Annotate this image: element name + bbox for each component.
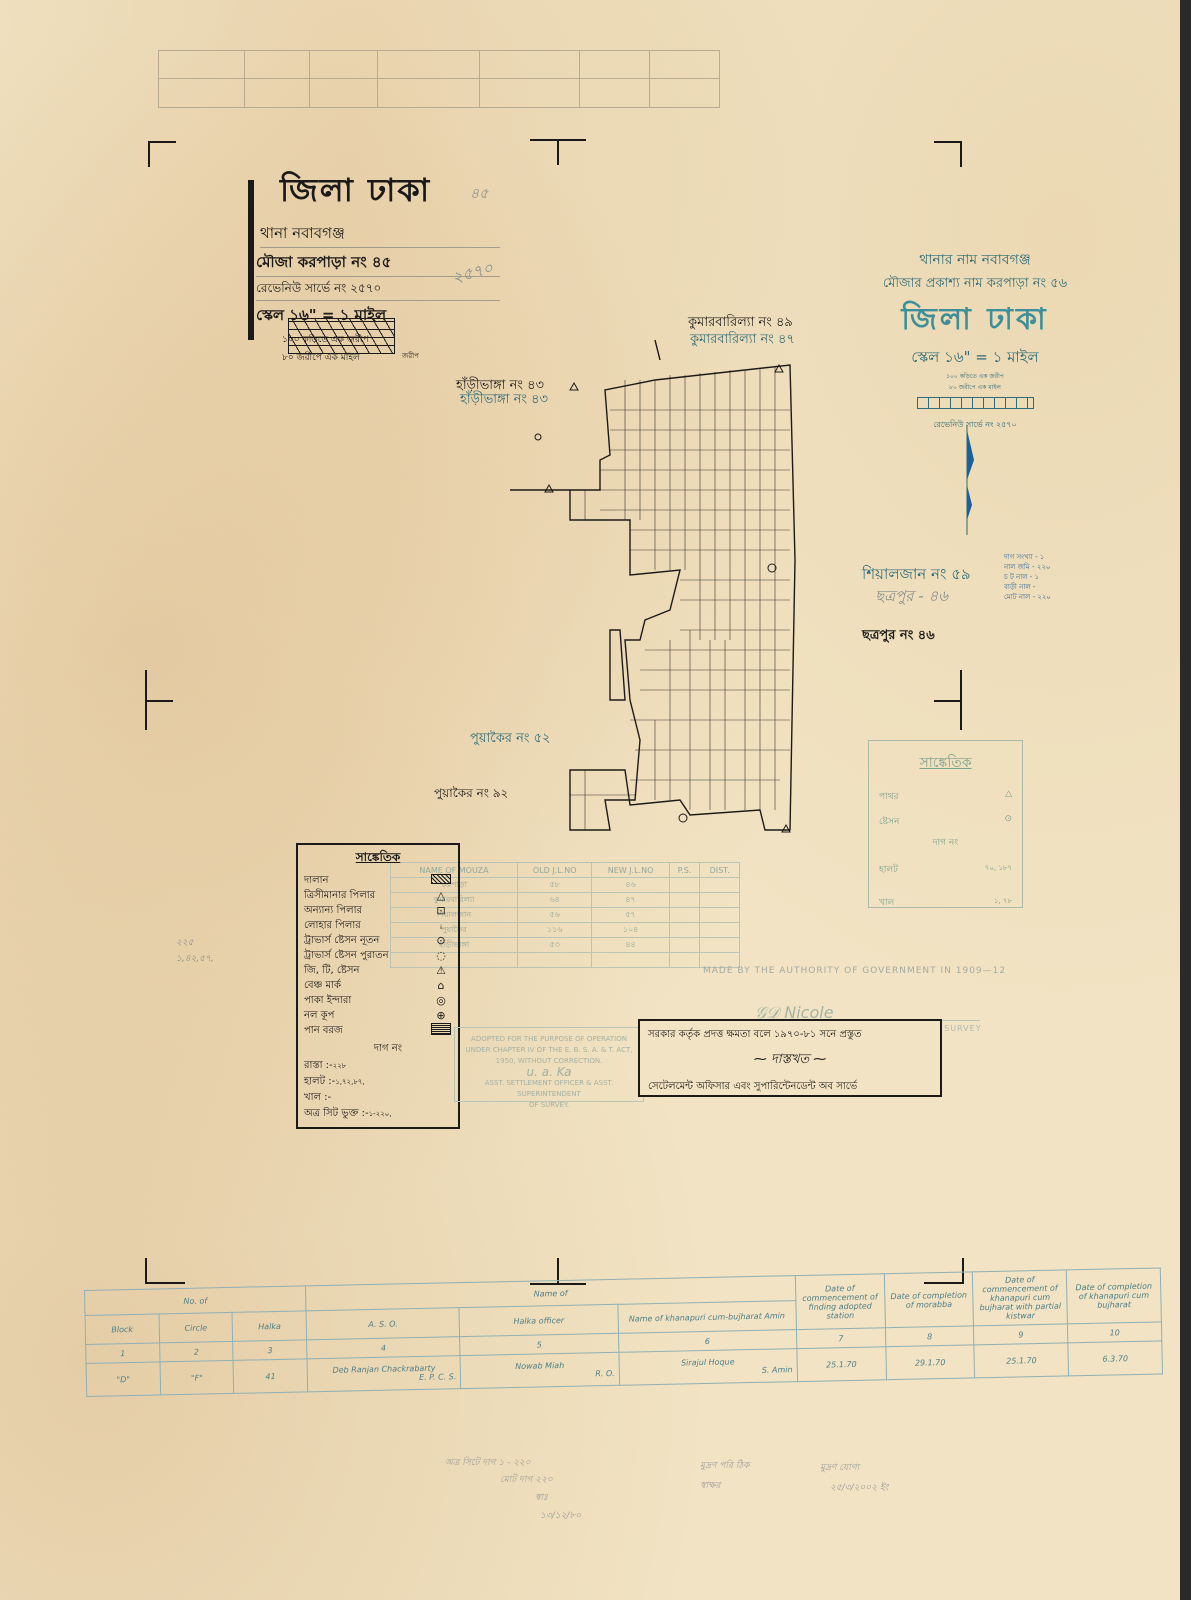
cell xyxy=(669,923,699,938)
legend-item: দালান xyxy=(304,873,452,888)
side-note: দাগ সংখ্যা - ১ নাল জমি - ২২০ চ ট নাল - ১… xyxy=(1004,552,1051,602)
col-num: 3 xyxy=(233,1340,307,1361)
pencil-note-bottom: মোট দাগ ২২০ xyxy=(500,1472,553,1487)
north-arrow-icon xyxy=(966,425,974,535)
plot-number-header: দাগ নং xyxy=(324,1041,452,1058)
plot-value: ১-২২০, xyxy=(369,1110,392,1118)
cell-date: 6.3.70 xyxy=(1068,1341,1162,1376)
adopted-line: ASST. SETTLEMENT OFFICER & ASST. SUPERIN… xyxy=(455,1078,643,1100)
cell xyxy=(669,953,699,968)
legend-label: বেঞ্চ মার্ক xyxy=(304,978,341,993)
cell: ৬৪ xyxy=(518,893,592,908)
cell: ১১৬ xyxy=(518,923,592,938)
legend-label: ত্রিসীমানার পিলার xyxy=(304,888,375,903)
plot-list: রাস্তা :-২২৮ হালট :-১,৭২,৮৭, খাল :- অত্র… xyxy=(304,1058,452,1122)
legend-right-title: সাঙ্কেতিক xyxy=(879,751,1012,775)
legend-label: পাথর xyxy=(879,789,899,804)
legend-label: পান বরজ xyxy=(304,1023,343,1039)
legend-item: ট্রাভার্স ষ্টেসন পুরাতন◌ xyxy=(304,948,452,963)
cell xyxy=(700,923,740,938)
tube-well-icon: ⊕ xyxy=(430,1008,452,1023)
legend-item: ট্রাভার্স ষ্টেসন নূতন⊙ xyxy=(304,933,452,948)
map-sheet: জিলা ঢাকা থানা নবাবগঞ্জ মৌজা করপাড়া নং … xyxy=(0,0,1180,1600)
pencil-note-bottom: ১৩/১২/৮০ xyxy=(540,1508,581,1523)
cell-amin: Sirajul HoqueS. Amin xyxy=(619,1349,798,1386)
col-num: 2 xyxy=(159,1341,233,1362)
cell-block: "D" xyxy=(86,1362,160,1397)
plot-row: অত্র সিট ভুক্ত :-১-২২০, xyxy=(304,1106,452,1122)
plot-row: খাল১, ৭৮ xyxy=(879,895,1012,910)
bench-mark-icon: ⌂ xyxy=(430,978,452,993)
gov-signature: ⁓ দাস্তখত ⁓ xyxy=(648,1050,932,1071)
header-cell: Date of completion of morabba xyxy=(884,1272,974,1328)
plot-label: হালট :- xyxy=(304,1076,335,1087)
cell xyxy=(669,938,699,953)
header-cell: P.S. xyxy=(669,863,699,878)
plot-value: ১,৭২,৮৭, xyxy=(335,1078,364,1086)
cell xyxy=(700,893,740,908)
legend-item: পাথর△ xyxy=(879,789,1012,804)
adjacent-mouza-label: পুয়াকৈর নং ৯২ xyxy=(434,785,508,805)
plot-value: ২২৮ xyxy=(333,1062,347,1070)
legend-item: ত্রিসীমানার পিলার△ xyxy=(304,888,452,903)
header-cell: Date of commencement of khanapuri cum bu… xyxy=(973,1270,1068,1326)
header-cell: A. S. O. xyxy=(306,1308,460,1340)
plot-row: হালট৭০, ১৮৭ xyxy=(879,862,1012,877)
side-note-line: নাল জমি - ২২০ xyxy=(1004,562,1051,572)
cell-date: 29.1.70 xyxy=(885,1345,974,1380)
side-note-line: মোট নাল - ২২০ xyxy=(1004,592,1051,602)
pencil-note-left: ২২৫ xyxy=(176,935,194,950)
legend-item: নল কূপ⊕ xyxy=(304,1008,452,1023)
adjacent-mouza-label: ছত্রপুর - ৪৬ xyxy=(875,585,948,610)
legend-item: পাকা ইন্দারা◎ xyxy=(304,993,452,1008)
col-num: 7 xyxy=(796,1328,885,1349)
legend-right: সাঙ্কেতিক পাথর△ ষ্টেসন⊙ দাগ নং হালট৭০, ১… xyxy=(868,740,1023,908)
cell xyxy=(700,908,740,923)
stone-icon: △ xyxy=(1005,789,1012,804)
cell xyxy=(669,908,699,923)
crop-mark-right-h xyxy=(934,700,962,702)
pencil-note-bottom-right: মুদ্রণ যোগ্য xyxy=(820,1460,859,1475)
cell: ৫৮ xyxy=(518,878,592,893)
plot-row: রাস্তা :-২২৮ xyxy=(304,1058,452,1074)
made-by-authority-text: MADE BY THE AUTHORITY OF GOVERNMENT IN 1… xyxy=(703,966,1006,976)
legend-item: অন্যান্য পিলার⊡ xyxy=(304,903,452,918)
faint-top-grid xyxy=(158,50,720,108)
gt-station-icon: ⚠ xyxy=(430,963,452,978)
legend-item: পান বরজ xyxy=(304,1023,452,1039)
cell xyxy=(592,953,669,968)
cell: ৫৩ xyxy=(518,938,592,953)
header-cell: Block xyxy=(85,1314,159,1345)
cell-circle: "F" xyxy=(160,1360,234,1395)
side-note-line: দাগ সংখ্যা - ১ xyxy=(1004,552,1051,562)
building-hatch-icon xyxy=(430,873,452,888)
legend-item: লোহার পিলারꜟ xyxy=(304,918,452,933)
adopted-stamp: ADOPTED FOR THE PURPOSE OF OPERATION UND… xyxy=(454,1027,644,1102)
header-cell: DIST. xyxy=(700,863,740,878)
pencil-note-bottom: মুদ্রণ পরি ঠিক xyxy=(700,1458,749,1473)
government-prepared-box: সরকার কর্তৃক প্রদত্ত ক্ষমতা বলে ১৯৭০-৮১ … xyxy=(638,1019,942,1097)
adopted-line: OF SURVEY. xyxy=(455,1100,643,1111)
cell-halka: 41 xyxy=(233,1359,307,1394)
pencil-note-bottom: স্বাঃ xyxy=(535,1490,548,1505)
betel-garden-icon xyxy=(430,1023,452,1039)
side-note-line: বাড়ী নাল - xyxy=(1004,582,1051,592)
district-title-right: জিলা ঢাকা xyxy=(840,295,1110,346)
legend-label: ট্রাভার্স ষ্টেসন নূতন xyxy=(304,933,379,948)
cell: ৫৭ xyxy=(592,908,669,923)
survey-record-table: No. of Name of Date of commencement of f… xyxy=(84,1267,1163,1397)
col-num: 1 xyxy=(86,1343,160,1364)
plot-label: রাস্তা :- xyxy=(304,1060,333,1071)
cell xyxy=(518,953,592,968)
legend-label: লোহার পিলার xyxy=(304,918,361,933)
mouza-public-name: মৌজার প্রকাশ্য নাম করপাড়া নং ৫৬ xyxy=(840,274,1110,295)
plot-label: খাল xyxy=(879,895,894,910)
legend-label: জি, টি, ষ্টেসন xyxy=(304,963,359,978)
crop-mark-top-v xyxy=(557,139,559,165)
adopted-signature: u. a. Ka xyxy=(455,1067,643,1078)
header-cell: OLD J.L.NO xyxy=(518,863,592,878)
cell: ৪৭ xyxy=(592,893,669,908)
adopted-line: ADOPTED FOR THE PURPOSE OF OPERATION xyxy=(455,1034,643,1045)
legend-label: অন্যান্য পিলার xyxy=(304,903,362,918)
col-num: 9 xyxy=(974,1324,1068,1345)
legend-title: সাঙ্কেতিক xyxy=(304,849,452,869)
cell-aso: Deb Ranjan ChackrabartyE. P. C. S. xyxy=(307,1356,461,1392)
cell-date: 25.1.70 xyxy=(797,1347,887,1382)
cell xyxy=(669,893,699,908)
scale-note-right-2: ৮০ জরীপে এক মাইল xyxy=(840,382,1110,393)
boundary-pillar-icon: △ xyxy=(430,888,452,903)
legend-label: দালান xyxy=(304,873,328,888)
pencil-note-bottom: স্বাক্ষর xyxy=(700,1478,720,1493)
legend-left: সাঙ্কেতিক দালান ত্রিসীমানার পিলার△ অন্যা… xyxy=(296,843,460,1129)
cell: ৫৬ xyxy=(518,908,592,923)
cadastral-map xyxy=(510,340,810,840)
legend-item: বেঞ্চ মার্ক⌂ xyxy=(304,978,452,993)
pucca-well-icon: ◎ xyxy=(430,993,452,1008)
iron-pillar-icon: ꜟ xyxy=(430,918,452,933)
cell xyxy=(669,878,699,893)
thana-name-right: থানার নাম নবাবগঞ্জ xyxy=(840,248,1110,272)
scale-note-right-1: ১০০ কড়িতে এক জরীপ xyxy=(840,371,1110,382)
legend-label: ষ্টেসন xyxy=(879,814,899,829)
plot-value: ৭০, ১৮৭ xyxy=(985,862,1012,877)
header-cell: Name of khanapuri cum-bujharat Amin xyxy=(618,1301,797,1334)
legend-label: ট্রাভার্স ষ্টেসন পুরাতন xyxy=(304,948,389,963)
header-cell: Date of completion of khanapuri cum bujh… xyxy=(1066,1268,1161,1324)
pencil-note-left: ১,৪২,৫৭, xyxy=(176,951,214,966)
col-num: 8 xyxy=(885,1326,974,1347)
plot-label: হালট xyxy=(879,862,898,877)
scale-unit-left: জরীপ xyxy=(402,350,419,362)
adjacent-mouza-label: ছত্রপুর নং ৪৬ xyxy=(862,626,935,647)
gov-line-1: সরকার কর্তৃক প্রদত্ত ক্ষমতা বলে ১৯৭০-৮১ … xyxy=(648,1027,932,1044)
cell xyxy=(700,878,740,893)
plot-number-header: দাগ নং xyxy=(879,835,1012,850)
adjacent-mouza-label: পুয়াকৈর নং ৫২ xyxy=(470,729,550,750)
cell xyxy=(700,938,740,953)
diagonal-scale-left xyxy=(288,318,395,354)
district-title: জিলা ঢাকা xyxy=(280,165,500,219)
adjacent-mouza-label: হাঁড়ীভাঙ্গা নং ৪৩ xyxy=(460,390,548,411)
scale-right: স্কেল ১৬" = ১ মাইল xyxy=(840,346,1110,371)
traverse-station-new-icon: ⊙ xyxy=(430,933,452,948)
gov-line-2: সেটেলমেন্ট অফিসার এবং সুপারিন্টেনডেন্ট অ… xyxy=(648,1079,932,1096)
pencil-note-bottom-right: ২৫/৩/২০০২ ইং xyxy=(830,1480,888,1495)
scale-bar-right xyxy=(917,397,1034,409)
plot-row: হালট :-১,৭২,৮৭, xyxy=(304,1074,452,1090)
crop-mark-tr xyxy=(934,141,962,167)
header-cell: Circle xyxy=(159,1312,233,1343)
cell: ১০৪ xyxy=(592,923,669,938)
header-cell: Halka officer xyxy=(459,1304,618,1336)
halka-officer-title: R. O. xyxy=(465,1369,614,1381)
side-note-line: চ ট নাল - ১ xyxy=(1004,572,1051,582)
thana-line: থানা নবাবগঞ্জ xyxy=(260,222,500,248)
header-cell: Halka xyxy=(232,1311,306,1342)
crop-mark-left-h xyxy=(145,700,173,702)
station-icon: ⊙ xyxy=(1004,814,1012,829)
legend-item: ষ্টেসন⊙ xyxy=(879,814,1012,829)
plot-value: ১, ৭৮ xyxy=(994,895,1012,910)
plot-label: খাল :- xyxy=(304,1092,331,1103)
adjacent-mouza-label: কুমারবারিল্যা নং ৪৭ xyxy=(690,330,795,351)
traverse-station-old-icon: ◌ xyxy=(430,948,452,963)
plot-label: অত্র সিট ভুক্ত :- xyxy=(304,1108,369,1119)
cell-halka-officer: Nowab MiahR. O. xyxy=(460,1352,619,1388)
other-pillar-icon: ⊡ xyxy=(430,903,452,918)
revenue-survey-right: রেভেনিউ সার্ভে নং ২৫৭০ xyxy=(840,419,1110,432)
cell-date: 25.1.70 xyxy=(974,1343,1069,1378)
col-num: 10 xyxy=(1068,1322,1162,1343)
legend-label: পাকা ইন্দারা xyxy=(304,993,351,1008)
legend-label: নল কূপ xyxy=(304,1008,334,1023)
plot-row: খাল :- xyxy=(304,1090,452,1106)
header-cell: Date of commencement of finding adopted … xyxy=(795,1274,885,1330)
pencil-note-top: ৪৫ xyxy=(470,182,488,206)
cell: ৪৬ xyxy=(592,878,669,893)
header-cell: NEW J.L.NO xyxy=(592,863,669,878)
title-block-right: থানার নাম নবাবগঞ্জ মৌজার প্রকাশ্য নাম কর… xyxy=(840,248,1110,432)
legend-item: জি, টি, ষ্টেসন⚠ xyxy=(304,963,452,978)
adopted-line: UNDER CHAPTER IV OF THE E. B. S. A. & T.… xyxy=(455,1045,643,1056)
crop-mark-bl xyxy=(145,1258,185,1284)
pencil-note-bottom: অত্র সিটে দাগ ১ - ২২০ xyxy=(445,1455,531,1470)
crop-mark-tl xyxy=(148,141,176,167)
cell: ৪৪ xyxy=(592,938,669,953)
